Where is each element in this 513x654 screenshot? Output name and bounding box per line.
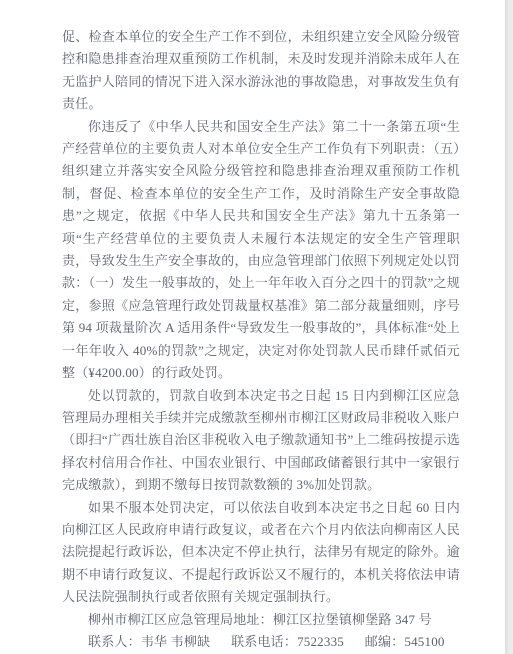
document-body: 促、检查本单位的安全生产工作不到位，未组织建立安全风险分级管控和隐患排查治理双重… [62, 26, 460, 653]
postal-code-label: 邮编： [365, 634, 405, 649]
postal-code-value: 545100 [404, 634, 444, 649]
body-paragraph-responsibility-continuation: 促、检查本单位的安全生产工作不到位，未组织建立安全风险分级管控和隐患排查治理双重… [62, 26, 460, 116]
body-paragraph-appeal-rights: 如果不服本处罚决定，可以依法自收到本决定书之日起 60 日内向柳江区人民政府申请… [62, 497, 460, 609]
contact-phone-label: 联系电话： [231, 634, 297, 649]
body-paragraph-violation-and-penalty: 你违反了《中华人民共和国安全生产法》第二十一条第五项“生产经营单位的主要负责人对… [62, 116, 460, 385]
contact-person-label: 联系人： [88, 634, 141, 649]
body-paragraph-payment-instructions: 处以罚款的，罚款自收到本决定书之日起 15 日内到柳江区应急管理局办理相关手续并… [62, 385, 460, 497]
document-page: 促、检查本单位的安全生产工作不到位，未组织建立安全风险分级管控和隐患排查治理双重… [0, 0, 513, 654]
agency-address-line: 柳州市柳江区应急管理局地址：柳江区拉堡镇柳堡路 347 号 [62, 609, 460, 631]
contact-phone-number: 7522335 [297, 634, 344, 649]
agency-address-label: 柳州市柳江区应急管理局地址： [88, 612, 273, 627]
contact-person-names: 韦华 韦柳缺 [141, 634, 210, 649]
agency-address-value: 柳江区拉堡镇柳堡路 347 号 [273, 612, 432, 627]
scan-edge-shadow [505, 0, 513, 654]
contact-info-line: 联系人：韦华 韦柳缺联系电话：7522335邮编：545100 [62, 631, 460, 653]
